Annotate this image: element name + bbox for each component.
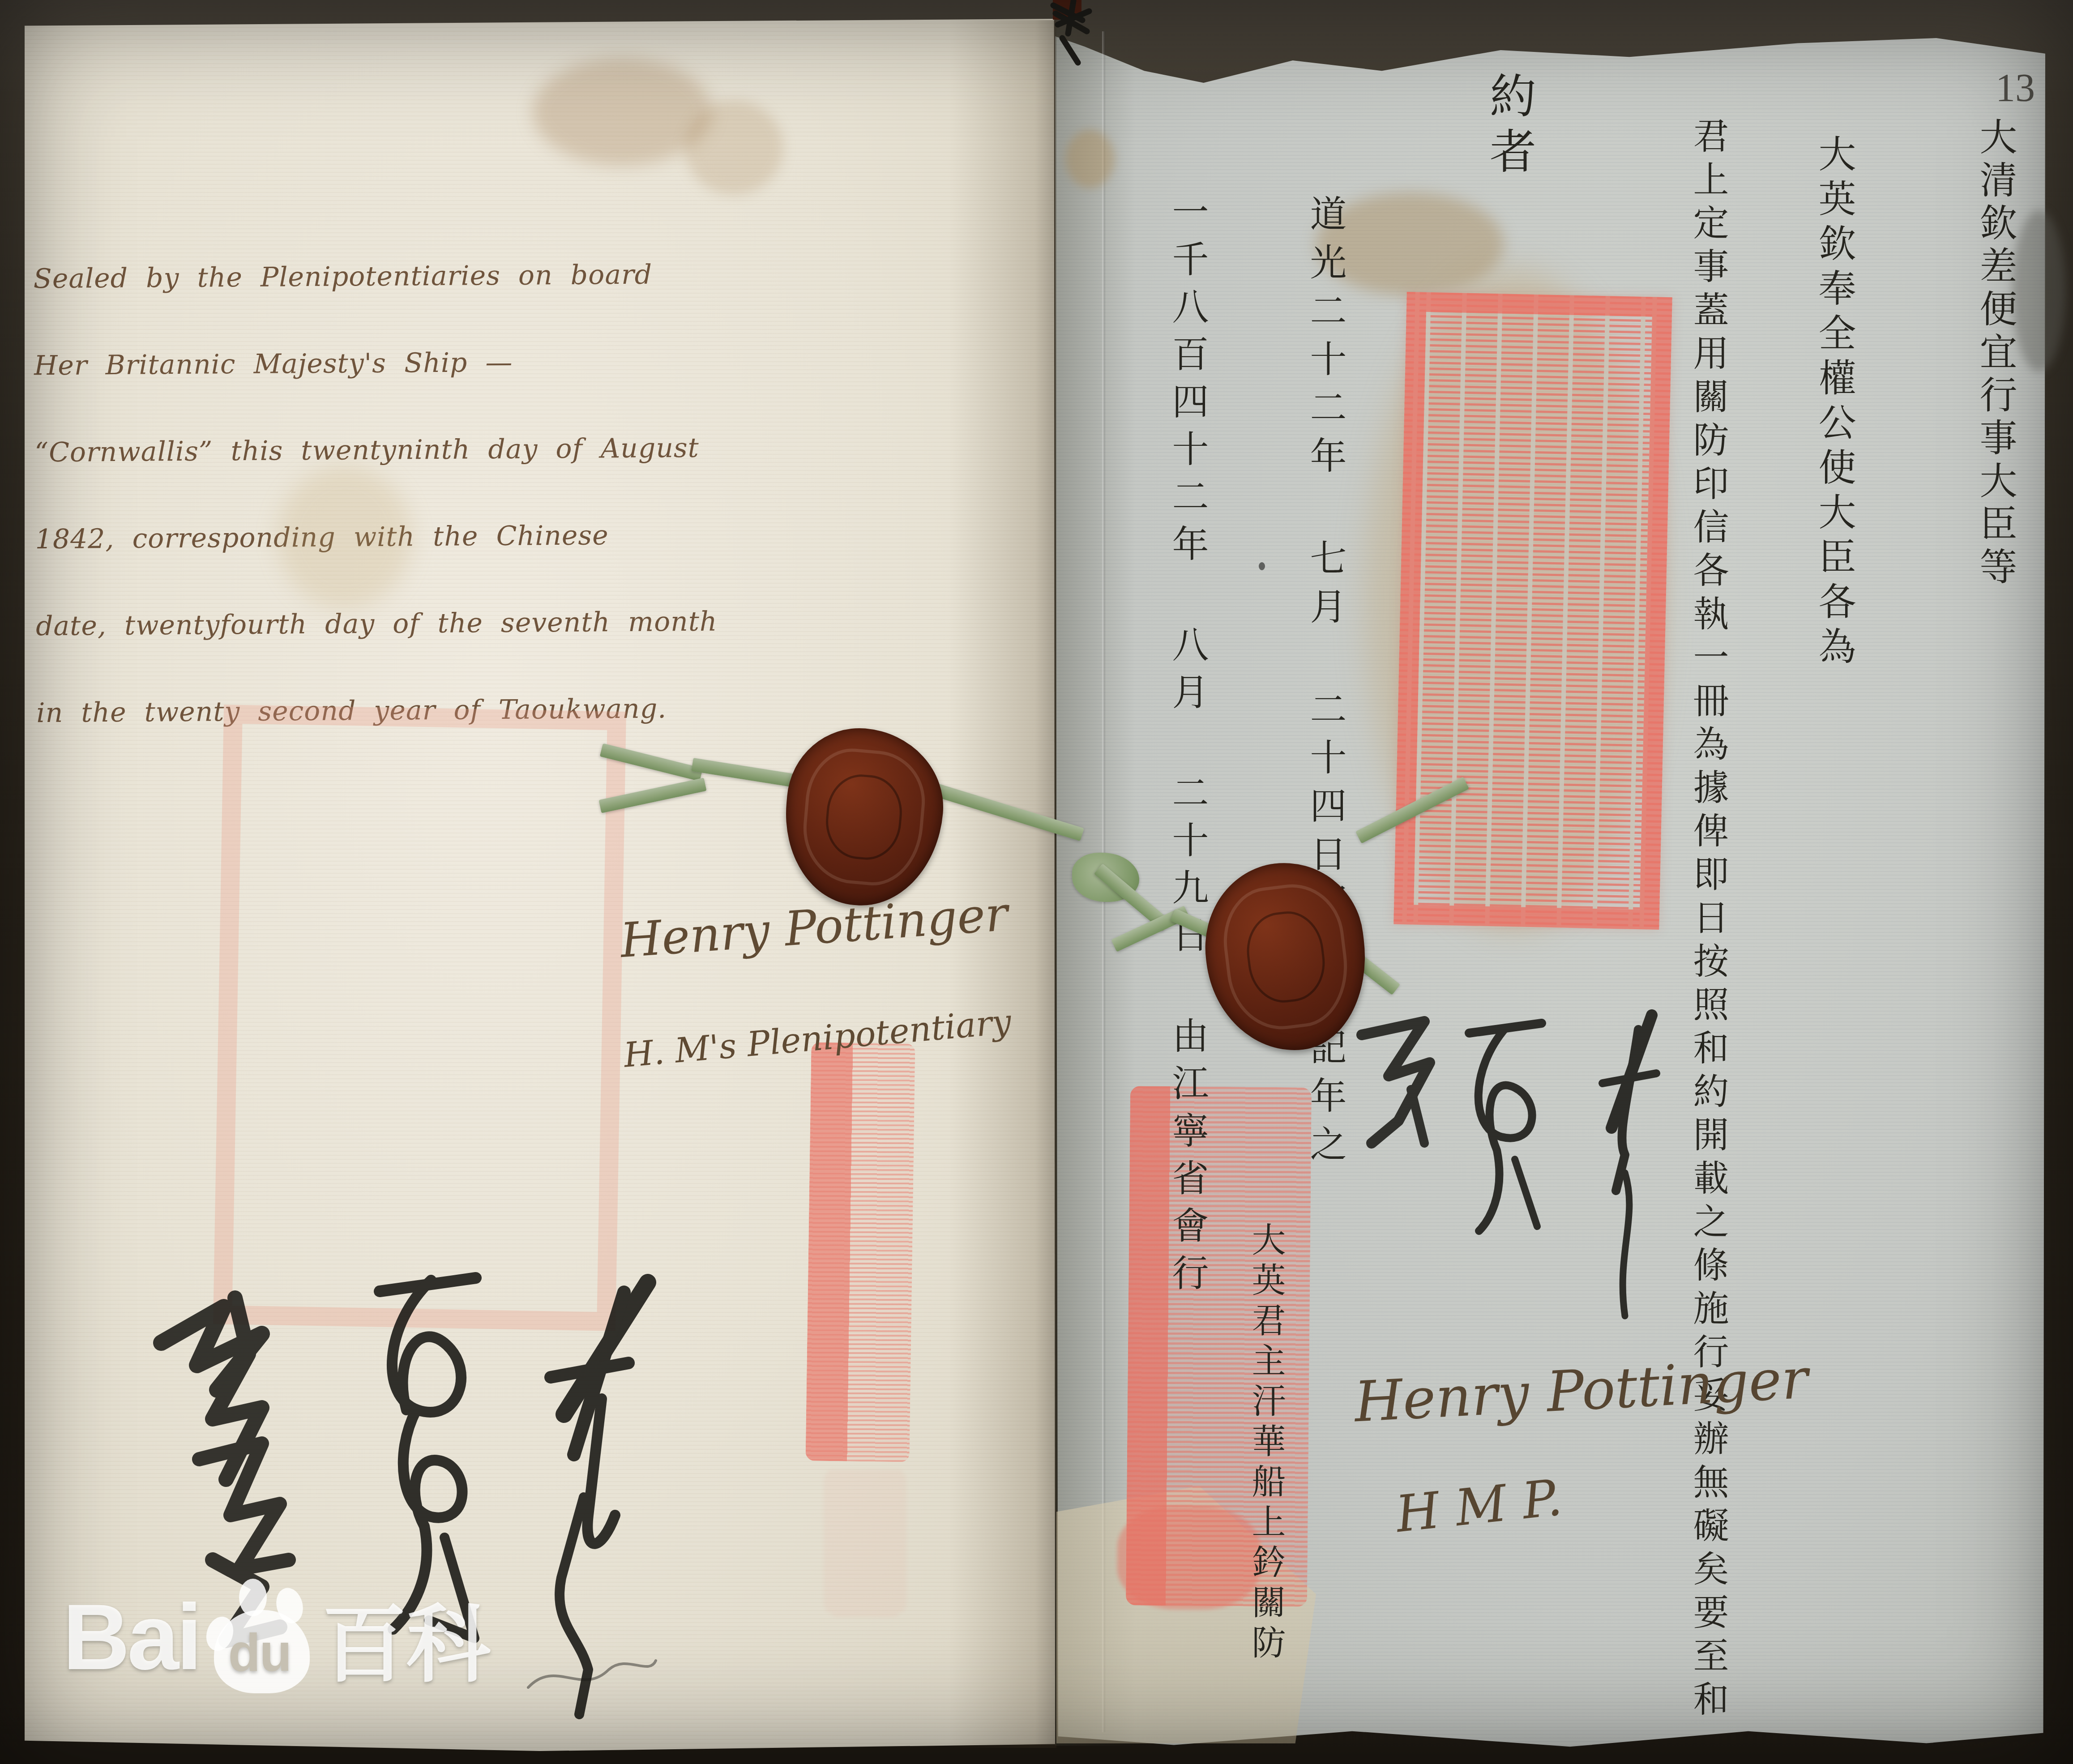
column-western-date: 一千八百四十二年 八月 二十九日 由江寧省會行	[1161, 192, 1214, 1301]
chinese-signature	[1442, 1015, 1554, 1243]
chinese-signature	[1344, 1008, 1447, 1160]
column-sealing-note: 大英君主汗華船上鈐關防	[1242, 1222, 1291, 1665]
column-british-envoy: 大英欽奉全權公使大臣各為	[1808, 134, 1862, 671]
baidu-watermark: Bai du 百科	[63, 1584, 491, 1691]
column-ratification-clause: 君上定事蓋用關防印信各執一冊為據俾即日按照和約開載之條施行妥辦無礙矣要至和	[1682, 117, 1734, 1724]
baidu-du-cutout: du	[228, 1623, 291, 1683]
text-line: Her Britannic Majesty's Ship —	[34, 317, 835, 409]
text-line: Sealed by the Plenipotentiaries on board	[33, 230, 835, 322]
seal-smear	[1117, 1506, 1261, 1610]
baidu-paw-icon: du	[206, 1581, 318, 1693]
column-clause-continuation: 約者	[1475, 72, 1543, 183]
text-line: date, twentyfourth day of the seventh mo…	[35, 577, 837, 670]
imperial-seal-large	[1393, 292, 1672, 930]
english-text-block: Sealed by the Plenipotentiaries on board…	[33, 230, 838, 756]
treaty-scan: Sealed by the Plenipotentiaries on board…	[0, 0, 2073, 1764]
column-qing-commissioners: 大清欽差便宜行事大臣等	[1969, 117, 2023, 590]
chinese-signature	[1575, 1002, 1669, 1328]
column-seal-left	[805, 1042, 915, 1462]
text-line: 1842, corresponding with the Chinese	[35, 491, 837, 583]
imperial-seal-faint	[213, 705, 626, 1331]
column-seal-left-bleed	[824, 1468, 906, 1616]
text-line: “Cornwallis” this twentyninth day of Aug…	[34, 404, 836, 496]
pencil-note	[519, 1634, 663, 1705]
binding-thread	[1047, 0, 1096, 72]
baidu-wordmark: Bai	[63, 1584, 200, 1691]
baike-wordmark: 百科	[322, 1577, 491, 1698]
page-number: 13	[1996, 65, 2035, 111]
